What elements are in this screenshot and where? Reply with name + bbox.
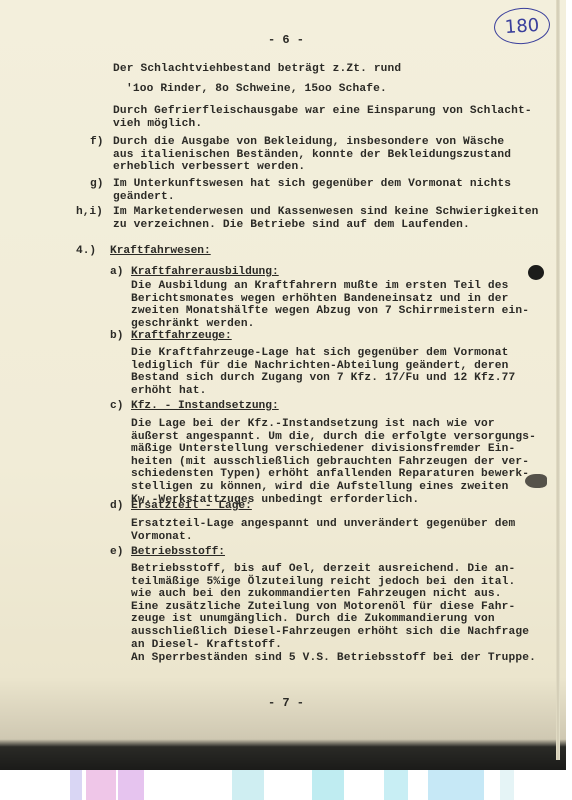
subsection-label-b: b) xyxy=(110,330,123,342)
text-line: Vormonat. xyxy=(131,531,193,543)
document-page: 180 - 6 - Der Schlachtviehbestand beträg… xyxy=(0,0,566,770)
subsection-b-text: Die Kraftfahrzeuge-Lage hat sich gegenüb… xyxy=(131,347,515,397)
subsection-d-text: Ersatzteil-Lage angespannt und unverände… xyxy=(131,518,515,543)
text-line: erheblich verbessert werden. xyxy=(113,161,305,173)
item-label-f: f) xyxy=(90,136,103,148)
text-line: Betriebsstoff, bis auf Oel, derzeit ausr… xyxy=(131,563,515,575)
text-line: Die Ausbildung an Kraftfahrern mußte im … xyxy=(131,280,509,292)
section-4-heading: Kraftfahrwesen: xyxy=(110,245,211,257)
text-line: Durch Gefrierfleischausgabe war eine Ein… xyxy=(113,105,532,117)
subsection-heading-c: Kfz. - Instandsetzung: xyxy=(131,400,279,412)
text-line: Ersatzteil-Lage angespannt und unverände… xyxy=(131,518,515,530)
item-label-g: g) xyxy=(90,178,103,190)
text-line: teilmäßige 5%ige Ölzuteilung reicht jedo… xyxy=(131,576,515,588)
item-label-hi: h,i) xyxy=(76,206,103,218)
text-line: Eine zusätzliche Zuteilung von Motorenöl… xyxy=(131,601,515,613)
scan-artifact-strip xyxy=(0,770,572,800)
text-line: Durch die Ausgabe von Bekleidung, insbes… xyxy=(113,136,504,148)
subsection-label-e: e) xyxy=(110,546,123,558)
text-line: stelligen zu können, wird die Aufstellun… xyxy=(131,481,509,493)
text-line: mäßige Unterstellung verschiedener divis… xyxy=(131,443,515,455)
text-line: lediglich für die Nachrichten-Abteilung … xyxy=(131,360,509,372)
text-line: Bestand sich durch Zugang von 7 Kfz. 17/… xyxy=(131,372,515,384)
intro-line-1: Der Schlachtviehbestand beträgt z.Zt. ru… xyxy=(113,63,401,76)
page-number-bottom: - 7 - xyxy=(0,696,572,710)
text-line: Berichtsmonates wegen erhöhten Bandenein… xyxy=(131,293,509,305)
text-line: Die Kraftfahrzeuge-Lage hat sich gegenüb… xyxy=(131,347,509,359)
text-line: geändert. xyxy=(113,191,175,203)
ink-smudge xyxy=(525,474,547,488)
subsection-c-text: Die Lage bei der Kfz.-Instandsetzung ist… xyxy=(131,418,536,506)
ink-blot xyxy=(528,265,544,280)
section-4-label: 4.) xyxy=(76,245,96,257)
subsection-heading-b: Kraftfahrzeuge: xyxy=(131,330,232,342)
text-line: zweiten Monatshälfte wegen Abzug von 7 S… xyxy=(131,305,529,317)
intro-paragraph: Durch Gefrierfleischausgabe war eine Ein… xyxy=(113,105,532,130)
item-g-text: Im Unterkunftswesen hat sich gegenüber d… xyxy=(113,178,511,203)
subsection-label-a: a) xyxy=(110,266,123,278)
subsection-e-extra: An Sperrbeständen sind 5 V.S. Betriebsst… xyxy=(131,652,536,665)
text-line: zu verzeichnen. Die Betriebe sind auf de… xyxy=(113,219,470,231)
text-line: erhöht hat. xyxy=(131,385,207,397)
text-line: Die Lage bei der Kfz.-Instandsetzung ist… xyxy=(131,418,495,430)
text-line: zeuge ist unumgänglich. Durch die Zukomm… xyxy=(131,613,495,625)
intro-line-2: '1oo Rinder, 8o Schweine, 15oo Schafe. xyxy=(126,83,387,96)
text-line: an Diesel- Kraftstoff. xyxy=(131,639,282,651)
text-line: äußerst angespannt. Um die, durch die er… xyxy=(131,431,536,443)
item-hi-text: Im Marketenderwesen und Kassenwesen sind… xyxy=(113,206,539,231)
text-line: vieh möglich. xyxy=(113,118,202,130)
text-line: Im Marketenderwesen und Kassenwesen sind… xyxy=(113,206,539,218)
text-line: heiten (mit ausschließlich gebrauchten F… xyxy=(131,456,529,468)
subsection-a-text: Die Ausbildung an Kraftfahrern mußte im … xyxy=(131,280,529,330)
text-line: geschränkt werden. xyxy=(131,318,255,330)
subsection-heading-a: Kraftfahrerausbildung: xyxy=(131,266,279,278)
text-line: Im Unterkunftswesen hat sich gegenüber d… xyxy=(113,178,511,190)
page-number-top: - 6 - xyxy=(0,33,572,47)
subsection-heading-d: Ersatzteil - Lage: xyxy=(131,500,252,512)
text-line: ausschließlich Diesel-Fahrzeugen erhöht … xyxy=(131,626,529,638)
subsection-label-d: d) xyxy=(110,500,123,512)
text-line: schiedensten Typen) erhöht anfallenden R… xyxy=(131,468,529,480)
item-f-text: Durch die Ausgabe von Bekleidung, insbes… xyxy=(113,136,511,174)
page-edge xyxy=(556,0,560,760)
subsection-heading-e: Betriebsstoff: xyxy=(131,546,225,558)
subsection-label-c: c) xyxy=(110,400,123,412)
text-line: aus italienischen Beständen, konnte der … xyxy=(113,149,511,161)
text-line: wie auch bei den zukommandierten Fahrzeu… xyxy=(131,588,502,600)
subsection-e-text: Betriebsstoff, bis auf Oel, derzeit ausr… xyxy=(131,563,529,651)
